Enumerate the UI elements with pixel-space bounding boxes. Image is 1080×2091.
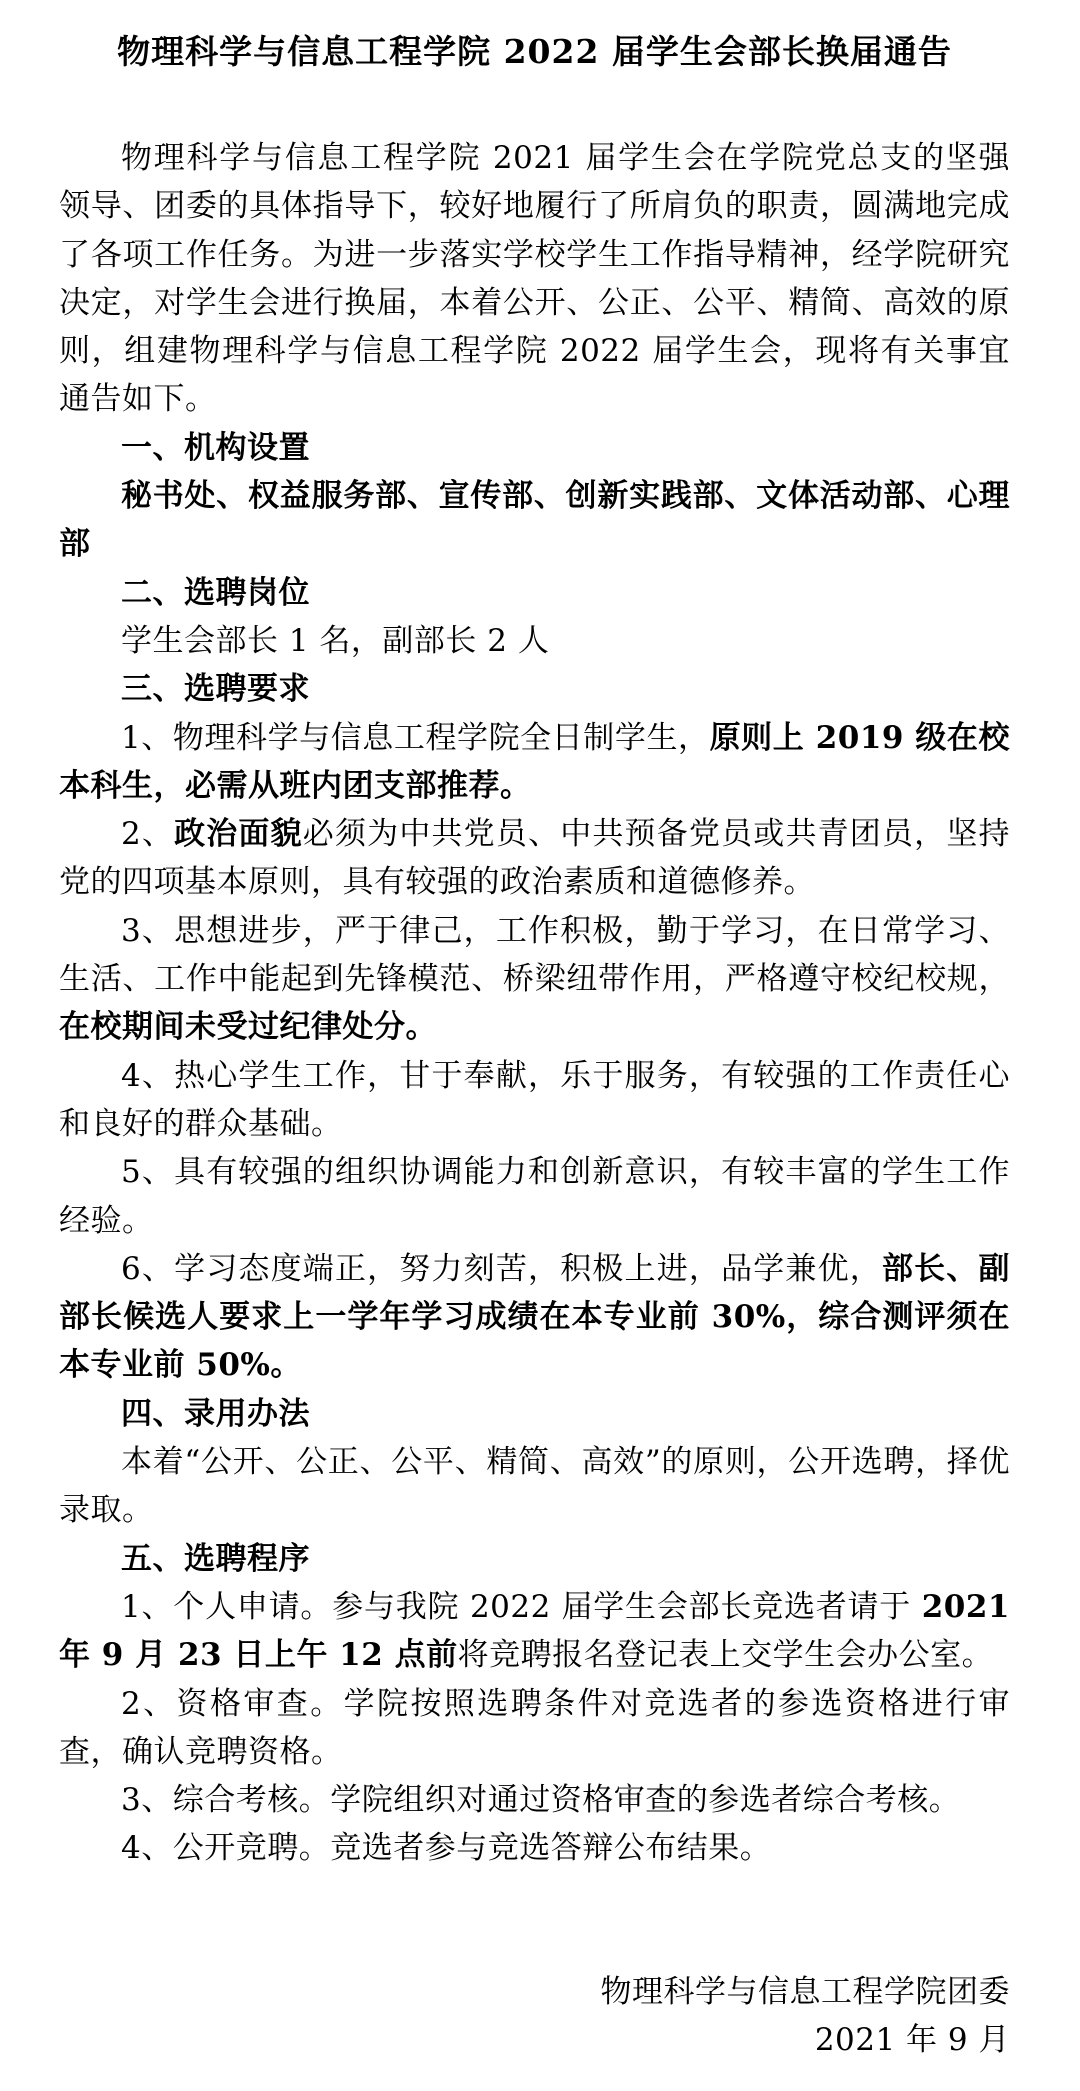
paragraph: 3、综合考核。学院组织对通过资格审查的参选者综合考核。 [59,1776,1010,1824]
text-run: 2、 [121,816,174,852]
paragraph: 物理科学与信息工程学院 2021 届学生会在学院党总支的坚强领导、团委的具体指导… [59,134,1010,424]
signature-block: 物理科学与信息工程学院团委 2021 年 9 月 [59,1968,1010,2065]
text-run: 5、具有较强的组织协调能力和创新意识，有较丰富的学生工作经验。 [59,1154,1010,1238]
paragraph: 1、个人申请。参与我院 2022 届学生会部长竞选者请于 2021 年 9 月 … [59,1583,1010,1680]
signature-org: 物理科学与信息工程学院团委 [59,1968,1010,2016]
text-run: 物理科学与信息工程学院 2021 届学生会在学院党总支的坚强领导、团委的具体指导… [59,140,1010,417]
bold-text-run: 秘书处、权益服务部、宣传部、创新实践部、文体活动部、心理部 [59,478,1010,562]
text-run: 学生会部长 1 名，副部长 2 人 [121,623,549,659]
paragraph: 3、思想进步，严于律己，工作积极，勤于学习，在日常学习、生活、工作中能起到先锋模… [59,907,1010,1052]
paragraph: 本着“公开、公正、公平、精简、高效”的原则，公开选聘，择优录取。 [59,1438,1010,1535]
paragraph: 4、热心学生工作，甘于奉献，乐于服务，有较强的工作责任心和良好的群众基础。 [59,1052,1010,1149]
paragraph: 6、学习态度端正，努力刻苦，积极上进，品学兼优，部长、副部长候选人要求上一学年学… [59,1245,1010,1390]
paragraph: 2、资格审查。学院按照选聘条件对竞选者的参选资格进行审查，确认竞聘资格。 [59,1680,1010,1777]
paragraph: 秘书处、权益服务部、宣传部、创新实践部、文体活动部、心理部 [59,472,1010,569]
paragraph: 1、物理科学与信息工程学院全日制学生，原则上 2019 级在校本科生，必需从班内… [59,714,1010,811]
bold-text-run: 四、录用办法 [121,1396,310,1432]
document-page: 物理科学与信息工程学院 2022 届学生会部长换届通告 物理科学与信息工程学院 … [0,0,1080,2091]
bold-text-run: 二、选聘岗位 [121,575,310,611]
text-run: 1、物理科学与信息工程学院全日制学生， [121,720,710,756]
paragraph: 2、政治面貌必须为中共党员、中共预备党员或共青团员，坚持党的四项基本原则，具有较… [59,810,1010,907]
signature-date: 2021 年 9 月 [59,2016,1010,2064]
text-run: 3、思想进步，严于律己，工作积极，勤于学习，在日常学习、生活、工作中能起到先锋模… [59,913,1010,997]
section-heading: 三、选聘要求 [59,665,1010,713]
text-run: 将竞聘报名登记表上交学生会办公室。 [458,1637,994,1673]
text-run: 6、学习态度端正，努力刻苦，积极上进，品学兼优， [121,1251,882,1287]
bold-text-run: 五、选聘程序 [121,1541,310,1577]
text-run: 3、综合考核。学院组织对通过资格审查的参选者综合考核。 [121,1782,960,1818]
section-heading: 四、录用办法 [59,1390,1010,1438]
document-body: 物理科学与信息工程学院 2021 届学生会在学院党总支的坚强领导、团委的具体指导… [59,134,1010,1873]
text-run: 本着“公开、公正、公平、精简、高效”的原则，公开选聘，择优录取。 [59,1444,1010,1528]
paragraph: 4、公开竞聘。竞选者参与竞选答辩公布结果。 [59,1824,1010,1872]
bold-text-run: 一、机构设置 [121,430,310,466]
section-heading: 五、选聘程序 [59,1535,1010,1583]
text-run: 4、热心学生工作，甘于奉献，乐于服务，有较强的工作责任心和良好的群众基础。 [59,1058,1010,1142]
section-heading: 二、选聘岗位 [59,569,1010,617]
bold-text-run: 在校期间未受过纪律处分。 [59,1009,437,1045]
text-run: 2、资格审查。学院按照选聘条件对竞选者的参选资格进行审查，确认竞聘资格。 [59,1686,1010,1770]
document-title: 物理科学与信息工程学院 2022 届学生会部长换届通告 [59,26,1010,78]
paragraph: 学生会部长 1 名，副部长 2 人 [59,617,1010,665]
text-run: 1、个人申请。参与我院 2022 届学生会部长竞选者请于 [121,1589,922,1625]
section-heading: 一、机构设置 [59,424,1010,472]
bold-text-run: 三、选聘要求 [121,671,310,707]
bold-text-run: 政治面貌 [174,816,303,852]
text-run: 4、公开竞聘。竞选者参与竞选答辩公布结果。 [121,1830,771,1866]
paragraph: 5、具有较强的组织协调能力和创新意识，有较丰富的学生工作经验。 [59,1148,1010,1245]
